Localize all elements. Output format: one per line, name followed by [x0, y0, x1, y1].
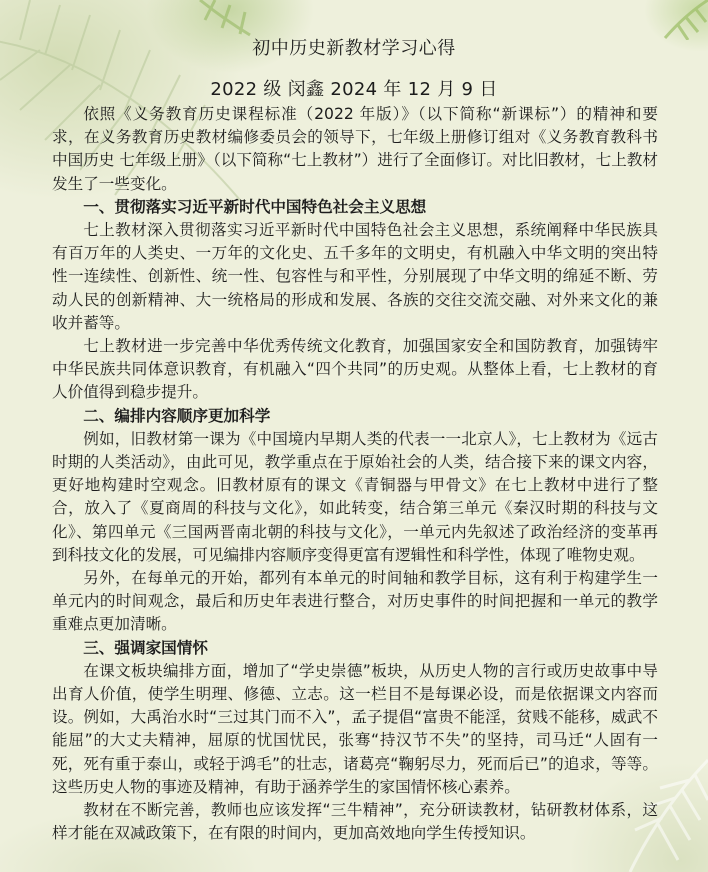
section-1-paragraph-2: 七上教材进一步完善中华优秀传统文化教育，加强国家安全和国防教育，加强铸牢中华民族…: [52, 335, 658, 405]
document-byline: 2022 级 闵鑫 2024 年 12 月 9 日: [0, 75, 708, 101]
intro-paragraph: 依照《义务教育历史课程标准（2022 年版）》（以下简称“新课标”）的精神和要求…: [52, 103, 658, 196]
conclusion-paragraph: 教材在不断完善，教师也应该发挥“三牛精神”，充分研读教材，钻研教材体系，这样才能…: [52, 799, 658, 845]
section-3-paragraph-1: 在课文板块编排方面，增加了“学史崇德”板块，从历史人物的言行或历史故事中导出育人…: [52, 660, 658, 799]
document-title: 初中历史新教材学习心得: [0, 34, 708, 60]
section-2-heading: 二、编排内容顺序更加科学: [52, 405, 658, 428]
section-2-paragraph-1: 例如，旧教材第一课为《中国境内早期人类的代表一一北京人》，七上教材为《远古时期的…: [52, 428, 658, 567]
section-2-paragraph-2: 另外，在每单元的开始，都列有本单元的时间轴和教学目标，这有利于构建学生一单元内的…: [52, 567, 658, 637]
section-1-paragraph-1: 七上教材深入贯彻落实习近平新时代中国特色社会主义思想，系统阐释中华民族具有百万年…: [52, 219, 658, 335]
section-1-heading: 一、贯彻落实习近平新时代中国特色社会主义思想: [52, 196, 658, 219]
document-body: 依照《义务教育历史课程标准（2022 年版）》（以下简称“新课标”）的精神和要求…: [52, 103, 658, 846]
section-3-heading: 三、强调家国情怀: [52, 637, 658, 660]
